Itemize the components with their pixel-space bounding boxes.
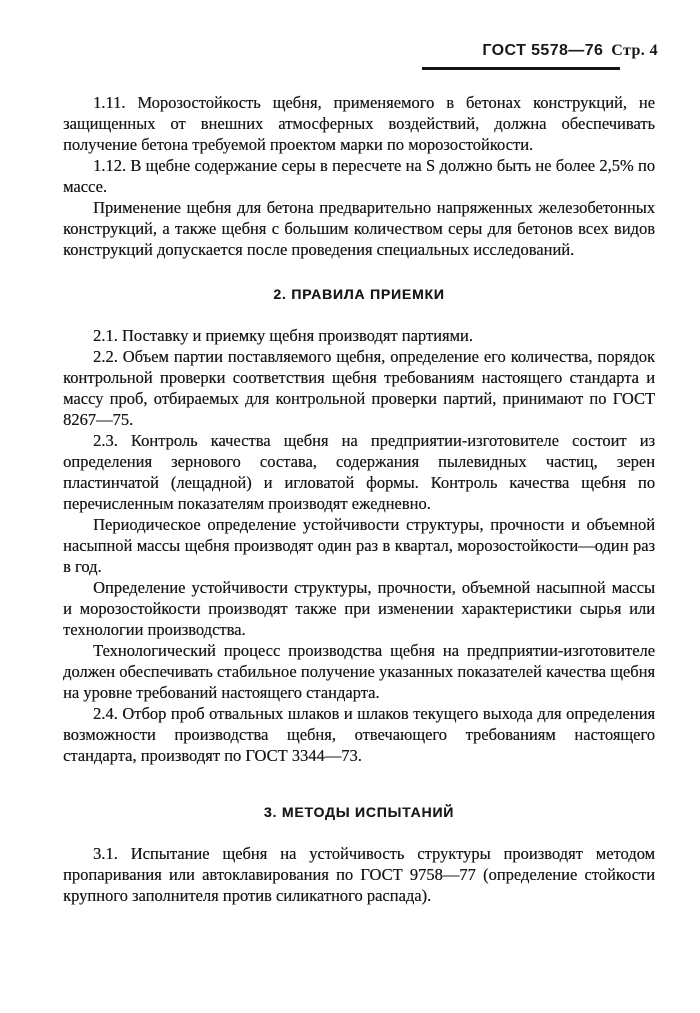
clause-1-12: 1.12. В щебне содержание серы в пересчет… — [63, 155, 655, 197]
document-page: ГОСТ 5578—76Стр. 4 1.11. Морозостойкость… — [0, 0, 700, 1013]
clause-1-11: 1.11. Морозостойкость щебня, применяемог… — [63, 92, 655, 155]
paragraph-technological-process: Технологический процесс производства щеб… — [63, 640, 655, 703]
section-3-heading: 3. МЕТОДЫ ИСПЫТАНИЙ — [63, 802, 655, 823]
clause-3-1: 3.1. Испытание щебня на устойчивость стр… — [63, 843, 655, 906]
clause-2-3: 2.3. Контроль качества щебня на предприя… — [63, 430, 655, 514]
clause-2-2: 2.2. Объем партии поставляемого щебня, о… — [63, 346, 655, 430]
clause-2-1: 2.1. Поставку и приемку щебня производят… — [63, 325, 655, 346]
clause-2-4: 2.4. Отбор проб отвальных шлаков и шлако… — [63, 703, 655, 766]
doc-number: ГОСТ 5578—76 — [482, 42, 603, 59]
section-2-heading: 2. ПРАВИЛА ПРИЕМКИ — [63, 284, 655, 305]
page-number: Стр. 4 — [611, 42, 658, 59]
paragraph-application-note: Применение щебня для бетона предваритель… — [63, 197, 655, 260]
header-reference: ГОСТ 5578—76Стр. 4 — [0, 42, 658, 60]
page-header: ГОСТ 5578—76Стр. 4 — [0, 0, 700, 70]
paragraph-periodic-determination: Периодическое определение устойчивости с… — [63, 514, 655, 577]
document-body: 1.11. Морозостойкость щебня, применяемог… — [0, 70, 700, 906]
paragraph-determination-on-change: Определение устойчивости структуры, проч… — [63, 577, 655, 640]
